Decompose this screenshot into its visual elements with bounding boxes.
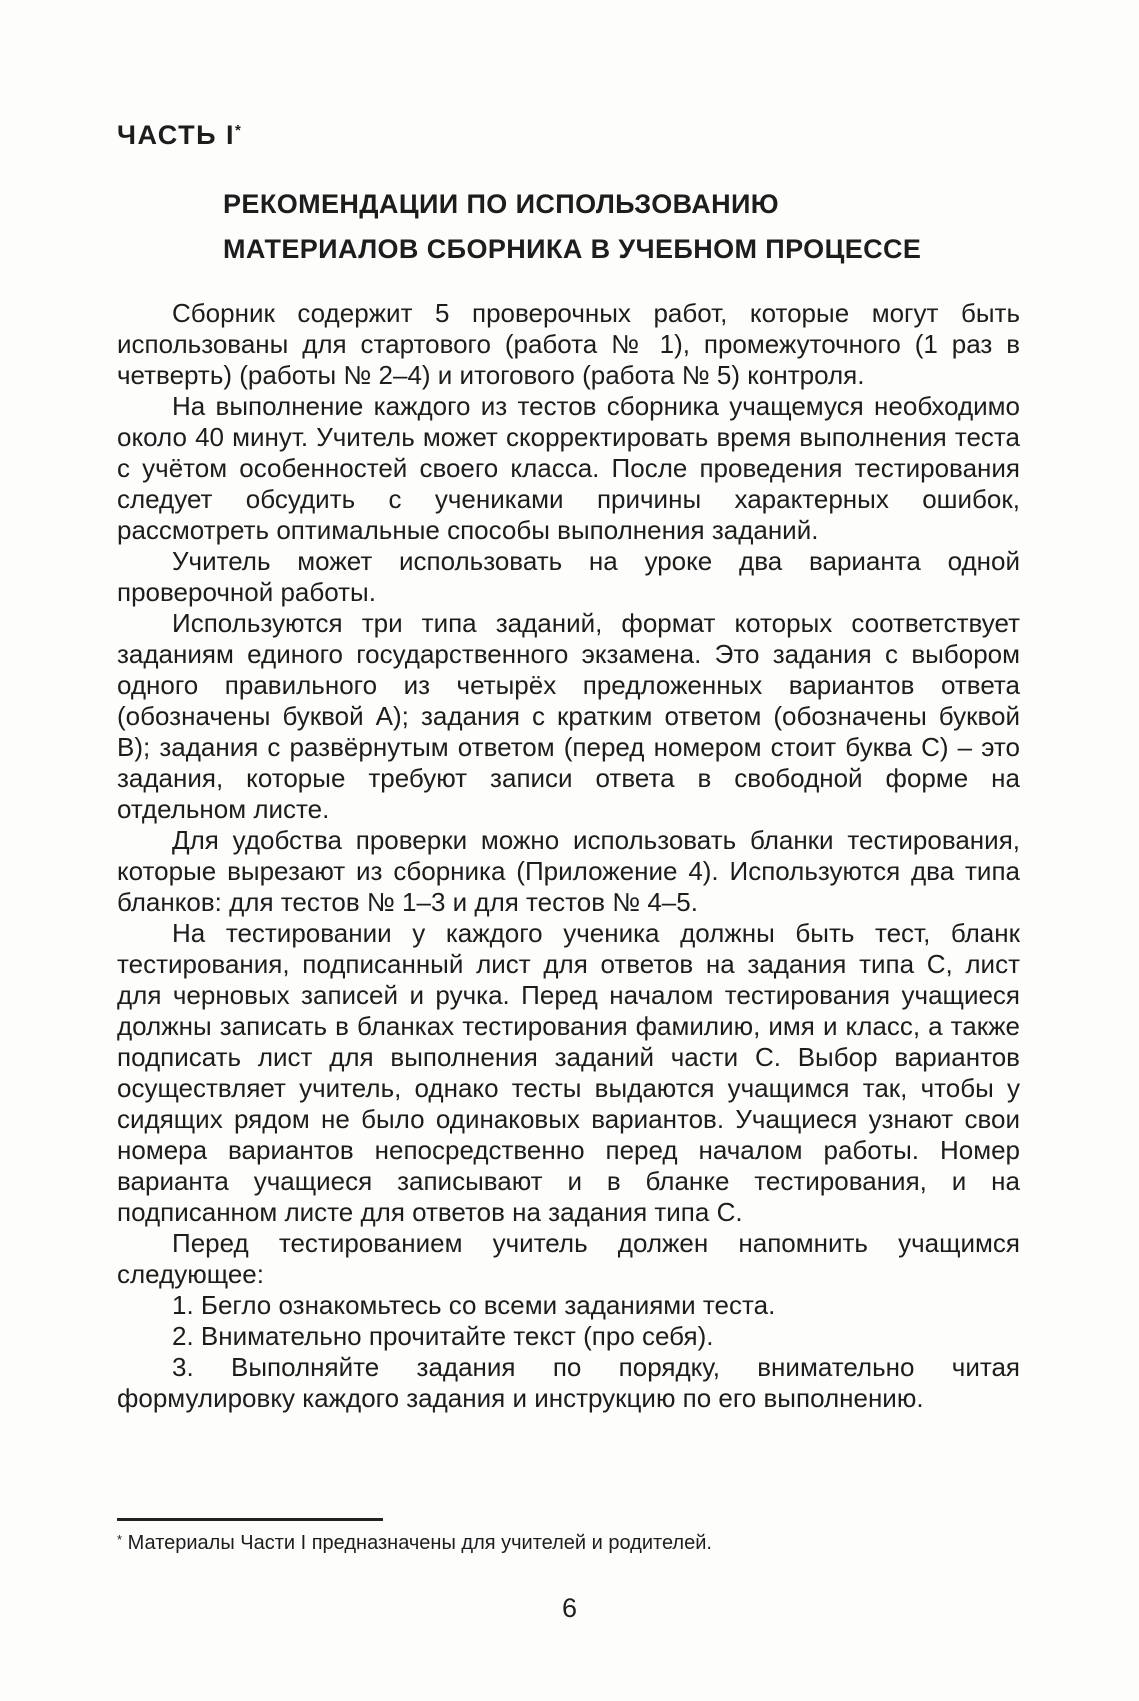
paragraph-answer-blanks: Для удобства проверки можно использовать…	[117, 825, 1020, 918]
reminder-item-2: 2. Внимательно прочитайте текст (про себ…	[117, 1321, 1020, 1352]
reminder-item-1: 1. Бегло ознакомьтесь со всеми заданиями…	[117, 1290, 1020, 1321]
footnote: * Материалы Части I предназначены для уч…	[117, 1530, 1020, 1556]
paragraph-two-variants: Учитель может использовать на уроке два …	[117, 546, 1020, 608]
scanned-book-page: ЧАСТЬ I* РЕКОМЕНДАЦИИ ПО ИСПОЛЬЗОВАНИЮ М…	[0, 0, 1139, 1701]
paragraph-overview: Сборник содержит 5 проверочных работ, ко…	[117, 298, 1020, 391]
page-number: 6	[0, 1592, 1139, 1624]
body-text: Сборник содержит 5 проверочных работ, ко…	[117, 298, 1020, 1414]
part-heading: ЧАСТЬ I*	[117, 118, 1020, 152]
footnote-block: * Материалы Части I предназначены для уч…	[117, 1518, 1020, 1556]
section-title-line1: РЕКОМЕНДАЦИИ ПО ИСПОЛЬЗОВАНИЮ	[223, 182, 1020, 227]
section-title: РЕКОМЕНДАЦИИ ПО ИСПОЛЬЗОВАНИЮ МАТЕРИАЛОВ…	[117, 182, 1020, 272]
paragraph-task-types: Используются три типа заданий, формат ко…	[117, 608, 1020, 825]
part-heading-text: ЧАСТЬ I	[117, 120, 235, 150]
reminder-intro: Перед тестированием учитель должен напом…	[117, 1228, 1020, 1290]
paragraph-timing: На выполнение каждого из тестов сборника…	[117, 391, 1020, 546]
part-heading-footnote-marker: *	[235, 122, 241, 139]
section-title-line2: МАТЕРИАЛОВ СБОРНИКА В УЧЕБНОМ ПРОЦЕССЕ	[223, 227, 1020, 272]
reminder-item-3: 3. Выполняйте задания по порядку, внимат…	[117, 1352, 1020, 1414]
footnote-divider	[117, 1518, 383, 1521]
paragraph-testing-procedure: На тестировании у каждого ученика должны…	[117, 918, 1020, 1228]
footnote-marker: *	[117, 1532, 122, 1547]
footnote-text: Материалы Части I предназначены для учит…	[128, 1532, 712, 1554]
